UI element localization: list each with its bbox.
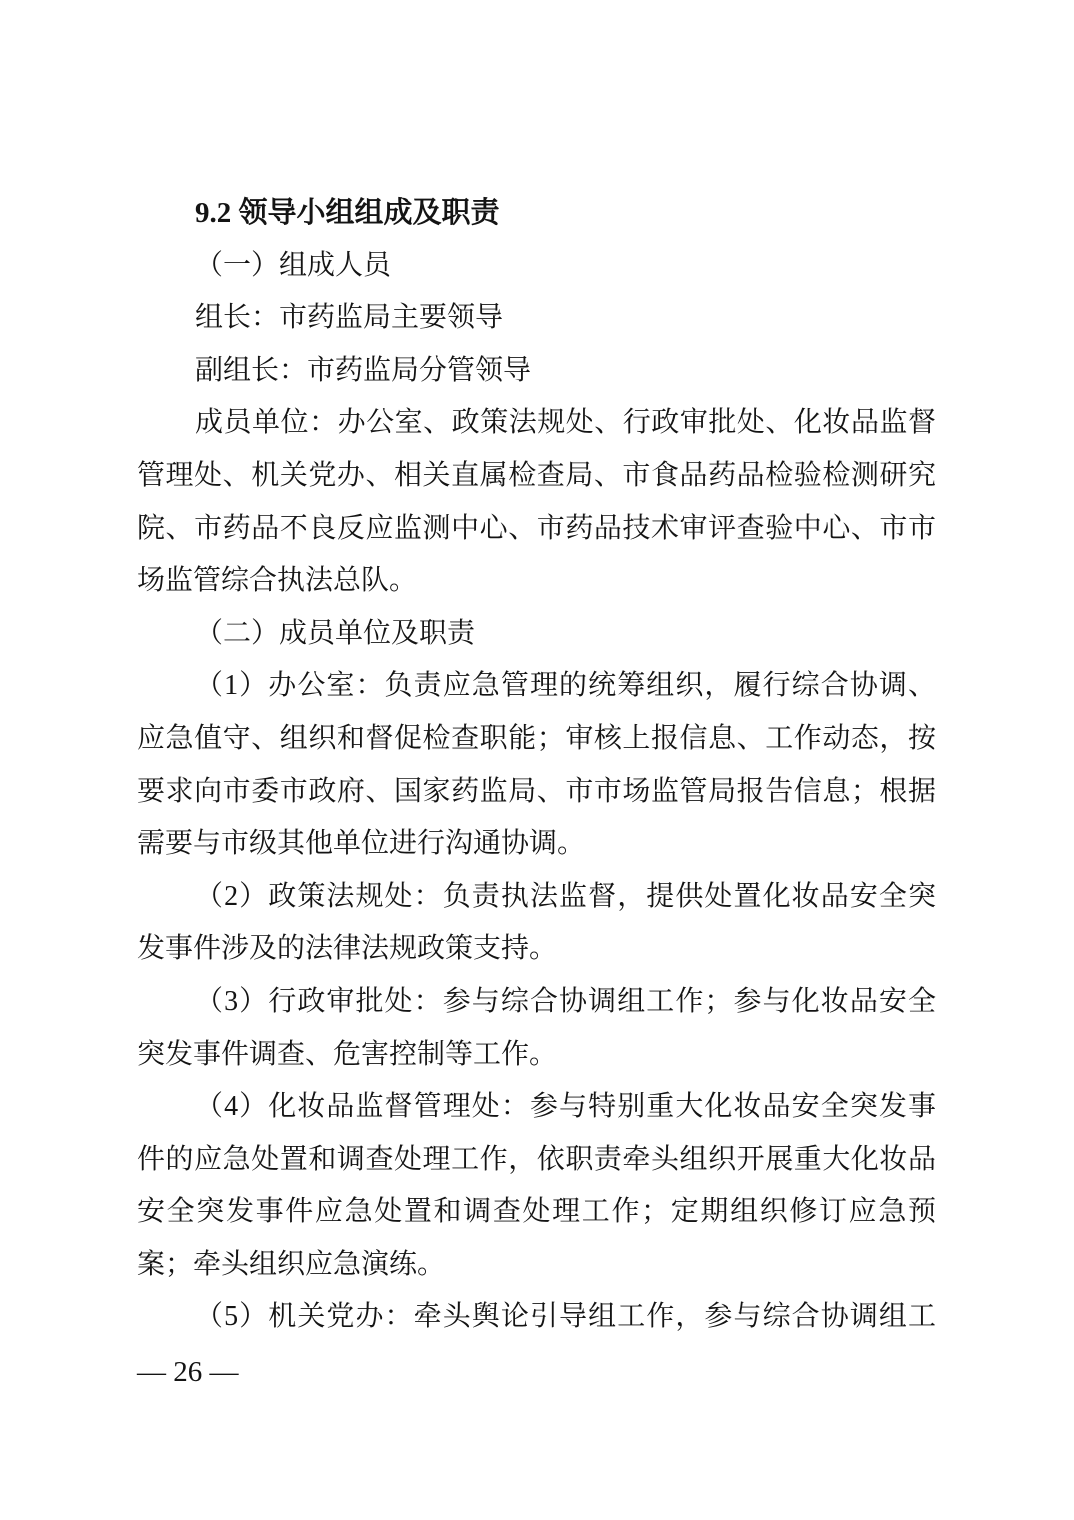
- body-line: 件的应急处置和调查处理工作，依职责牵头组织开展重大化妆品: [137, 1134, 936, 1187]
- section-heading: 9.2 领导小组组成及职责: [137, 187, 936, 240]
- body-line: 管理处、机关党办、相关直属检查局、市食品药品检验检测研究: [137, 450, 936, 503]
- body-line: 突发事件调查、危害控制等工作。: [137, 1029, 936, 1082]
- body-line: 发事件涉及的法律法规政策支持。: [137, 923, 936, 976]
- body-line-item-5: （5）机关党办：牵头舆论引导组工作，参与综合协调组工: [137, 1291, 936, 1344]
- subsection-heading-duties: （二）成员单位及职责: [137, 608, 936, 661]
- body-line: 应急值守、组织和督促检查职能；审核上报信息、工作动态，按: [137, 713, 936, 766]
- body-line-item-2: （2）政策法规处：负责执法监督，提供处置化妆品安全突: [137, 871, 936, 924]
- body-line-item-4: （4）化妆品监督管理处：参与特别重大化妆品安全突发事: [137, 1081, 936, 1134]
- document-page: 9.2 领导小组组成及职责 （一）组成人员 组长：市药监局主要领导 副组长：市药…: [0, 0, 1074, 1520]
- body-line: 院、市药品不良反应监测中心、市药品技术审评查验中心、市市: [137, 503, 936, 556]
- body-line: 案；牵头组织应急演练。: [137, 1239, 936, 1292]
- page-number: — 26 —: [137, 1346, 239, 1398]
- body-line-deputy-leader: 副组长：市药监局分管领导: [137, 345, 936, 398]
- body-line-item-1: （1）办公室：负责应急管理的统筹组织，履行综合协调、: [137, 660, 936, 713]
- body-line: 安全突发事件应急处置和调查处理工作；定期组织修订应急预: [137, 1186, 936, 1239]
- document-body: 9.2 领导小组组成及职责 （一）组成人员 组长：市药监局主要领导 副组长：市药…: [137, 187, 936, 1344]
- body-line: 场监管综合执法总队。: [137, 555, 936, 608]
- body-line: 要求向市委市政府、国家药监局、市市场监管局报告信息；根据: [137, 766, 936, 819]
- subsection-heading-members: （一）组成人员: [137, 240, 936, 293]
- body-line-item-3: （3）行政审批处：参与综合协调组工作；参与化妆品安全: [137, 976, 936, 1029]
- body-line-leader: 组长：市药监局主要领导: [137, 292, 936, 345]
- body-line: 成员单位：办公室、政策法规处、行政审批处、化妆品监督: [137, 397, 936, 450]
- body-line: 需要与市级其他单位进行沟通协调。: [137, 818, 936, 871]
